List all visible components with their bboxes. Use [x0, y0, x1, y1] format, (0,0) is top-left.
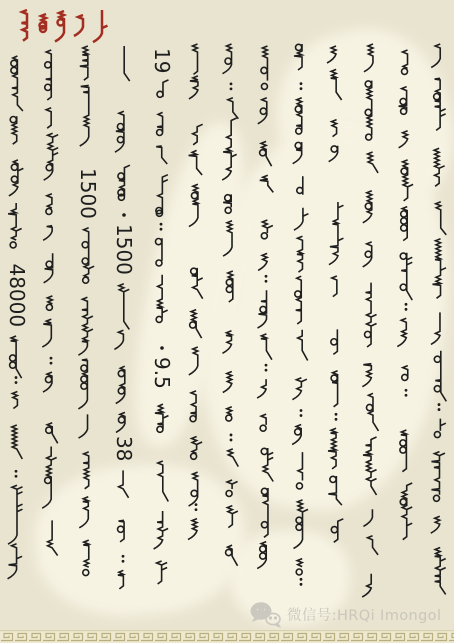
- inline-number: 48000: [5, 263, 29, 327]
- article-page: 480001500150038199.5 微信号:HRQi Imongol: [0, 0, 454, 643]
- inline-number: 9.5: [150, 357, 174, 389]
- text-column: 1500: [76, 46, 100, 576]
- wechat-footer: 微信号:HRQi Imongol: [249, 600, 441, 628]
- text-column: [362, 44, 378, 597]
- text-column: 48000: [5, 56, 29, 579]
- text-column: [397, 50, 413, 540]
- article-title-mongolian: [22, 10, 108, 42]
- inline-number: 1500: [76, 168, 100, 219]
- text-column: [222, 44, 238, 566]
- wechat-id-label: 微信号:HRQi Imongol: [287, 604, 441, 625]
- text-column: [42, 50, 58, 556]
- mongolian-text-block: 480001500150038199.5: [0, 0, 454, 643]
- text-column: [292, 44, 308, 586]
- inline-number: 19: [150, 48, 174, 73]
- text-column: [188, 44, 203, 540]
- text-column: 199.5: [150, 48, 174, 584]
- text-column: [431, 44, 447, 594]
- text-column: 150038: [112, 46, 136, 589]
- text-column: [327, 46, 343, 542]
- text-column: [257, 46, 273, 569]
- wechat-icon: [249, 601, 281, 628]
- decorative-border: [0, 630, 454, 643]
- inline-number: 1500: [112, 224, 136, 275]
- inline-number: 38: [112, 436, 136, 461]
